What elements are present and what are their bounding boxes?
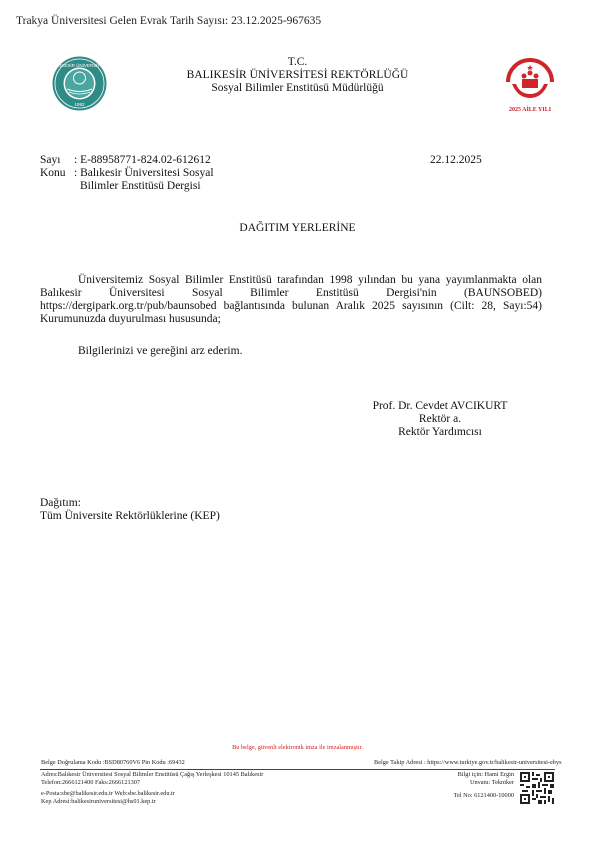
distribution-block: Dağıtım: Tüm Üniversite Rektörlüklerine …: [40, 497, 220, 523]
esign-note: Bu belge, güvenli elektronik imza ile im…: [0, 744, 595, 751]
document-meta: Sayı : E-88958771-824.02-612612 Konu : B…: [40, 154, 280, 193]
svg-text:2025 AİLE YILI: 2025 AİLE YILI: [509, 106, 552, 113]
tracking-address[interactable]: Belge Takip Adresi : https://www.turkiye…: [374, 759, 562, 767]
verification-code: Belge Doğrulama Kodu :BSD80760V6 Pin Kod…: [41, 759, 185, 767]
svg-text:1992: 1992: [74, 102, 85, 107]
family-year-logo: 2025 AİLE YILI: [500, 54, 560, 116]
document-date: 22.12.2025: [430, 154, 482, 166]
footer-kep[interactable]: Kep Adresi:balikesiruniversitesi@hs01.ke…: [41, 798, 263, 806]
konu-value-cont: Bilimler Enstitüsü Dergisi: [74, 180, 280, 193]
body-paragraph: Üniversitemiz Sosyal Bilimler Enstitüsü …: [40, 274, 542, 326]
footer-divider: [40, 769, 555, 770]
letter-body: Üniversitemiz Sosyal Bilimler Enstitüsü …: [40, 274, 542, 326]
signer-name: Prof. Dr. Cevdet AVCIKURT: [340, 400, 540, 413]
konu-label: Konu: [40, 167, 74, 180]
recipient-title: DAĞITIM YERLERİNE: [0, 222, 595, 234]
konu-value: : Balıkesir Üniversitesi Sosyal: [74, 167, 274, 180]
distribution-value: Tüm Üniversite Rektörlüklerine (KEP): [40, 510, 220, 523]
incoming-document-stamp: Trakya Üniversitesi Gelen Evrak Tarih Sa…: [16, 15, 321, 27]
signature-block: Prof. Dr. Cevdet AVCIKURT Rektör a. Rekt…: [340, 400, 540, 439]
signer-role: Rektör a.: [340, 413, 540, 426]
footer-address-block: Adres:Balıkesir Üniversitesi Sosyal Bili…: [41, 771, 263, 807]
footer-phone: Telefon:2666121400 Faks:2666121307: [41, 779, 263, 787]
sayi-value: : E-88958771-824.02-612612: [74, 154, 274, 167]
sayi-label: Sayı: [40, 154, 74, 167]
closing-line: Bilgilerinizi ve gereğini arz ederim.: [78, 345, 242, 357]
info-title: Unvanı: Tekniker: [420, 779, 514, 787]
footer-contact-block: Bilgi için: Hami Ergin Unvanı: Tekniker …: [420, 771, 514, 800]
info-tel: Tel No: 6121400-10000: [420, 792, 514, 800]
qr-code-icon: [520, 772, 554, 804]
signer-title: Rektör Yardımcısı: [340, 426, 540, 439]
footer-email[interactable]: e-Posta:sbe@balikesir.edu.tr Web:sbe.bal…: [41, 790, 263, 798]
footer-address: Adres:Balıkesir Üniversitesi Sosyal Bili…: [41, 771, 263, 779]
info-contact: Bilgi için: Hami Ergin: [420, 771, 514, 779]
distribution-label: Dağıtım:: [40, 497, 220, 510]
